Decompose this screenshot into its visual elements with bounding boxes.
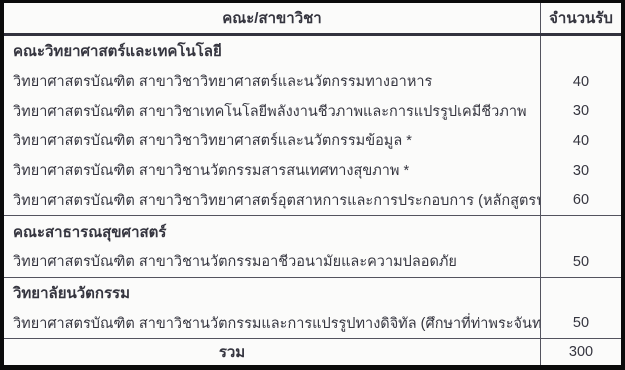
column-header-program: คณะ/สาขาวิชา bbox=[4, 3, 540, 33]
program-row: วิทยาศาสตรบัณฑิต สาขาวิชาวิทยาศาสตร์และน… bbox=[4, 67, 621, 97]
seats-cell: 40 bbox=[540, 126, 621, 156]
program-name-cell: วิทยาศาสตรบัณฑิต สาขาวิชาวิทยาศาสตร์และน… bbox=[4, 126, 540, 156]
seats-cell: 50 bbox=[540, 247, 621, 277]
total-row: รวม300 bbox=[4, 339, 621, 365]
seats-cell bbox=[540, 216, 621, 247]
seats-cell: 40 bbox=[540, 67, 621, 97]
seats-cell: 30 bbox=[540, 96, 621, 126]
program-name-cell: วิทยาศาสตรบัณฑิต สาขาวิชานวัตกรรมอาชีวอน… bbox=[4, 247, 540, 277]
program-row: วิทยาศาสตรบัณฑิต สาขาวิชาวิทยาศาสตร์อุตส… bbox=[4, 186, 621, 217]
program-name-cell: คณะวิทยาศาสตร์และเทคโนโลยี bbox=[4, 36, 540, 67]
seats-cell: 30 bbox=[540, 156, 621, 186]
table-body: คณะวิทยาศาสตร์และเทคโนโลยีวิทยาศาสตรบัณฑ… bbox=[4, 36, 621, 365]
program-name-cell: วิทยาศาสตรบัณฑิต สาขาวิชานวัตกรรมและการแ… bbox=[4, 308, 540, 338]
program-name-cell: วิทยาศาสตรบัณฑิต สาขาวิชาเทคโนโลยีพลังงา… bbox=[4, 96, 540, 126]
column-header-seats: จำนวนรับ bbox=[540, 3, 621, 33]
program-name-cell: คณะสาธารณสุขศาสตร์ bbox=[4, 216, 540, 247]
program-name-cell: วิทยาศาสตรบัณฑิต สาขาวิชาวิทยาศาสตร์และน… bbox=[4, 67, 540, 97]
section-row: คณะวิทยาศาสตร์และเทคโนโลยี bbox=[4, 36, 621, 67]
section-row: คณะสาธารณสุขศาสตร์ bbox=[4, 216, 621, 247]
program-row: วิทยาศาสตรบัณฑิต สาขาวิชานวัตกรรมสารสนเท… bbox=[4, 156, 621, 186]
program-name-cell: วิทยาศาสตรบัณฑิต สาขาวิชาวิทยาศาสตร์อุตส… bbox=[4, 186, 540, 216]
program-name-cell: วิทยาลัยนวัตกรรม bbox=[4, 278, 540, 309]
program-row: วิทยาศาสตรบัณฑิต สาขาวิชานวัตกรรมและการแ… bbox=[4, 308, 621, 339]
program-name-cell: รวม bbox=[4, 339, 540, 365]
seats-cell: 60 bbox=[540, 186, 621, 216]
program-name-cell: วิทยาศาสตรบัณฑิต สาขาวิชานวัตกรรมสารสนเท… bbox=[4, 156, 540, 186]
table-header-row: คณะ/สาขาวิชา จำนวนรับ bbox=[4, 3, 621, 36]
section-row: วิทยาลัยนวัตกรรม bbox=[4, 278, 621, 309]
seats-cell bbox=[540, 278, 621, 309]
seats-cell: 300 bbox=[540, 339, 621, 365]
admissions-table: คณะ/สาขาวิชา จำนวนรับ คณะวิทยาศาสตร์และเ… bbox=[4, 3, 621, 365]
seats-cell: 50 bbox=[540, 308, 621, 338]
scanned-page: คณะ/สาขาวิชา จำนวนรับ คณะวิทยาศาสตร์และเ… bbox=[4, 3, 621, 365]
program-row: วิทยาศาสตรบัณฑิต สาขาวิชาเทคโนโลยีพลังงา… bbox=[4, 96, 621, 126]
program-row: วิทยาศาสตรบัณฑิต สาขาวิชาวิทยาศาสตร์และน… bbox=[4, 126, 621, 156]
seats-cell bbox=[540, 36, 621, 67]
program-row: วิทยาศาสตรบัณฑิต สาขาวิชานวัตกรรมอาชีวอน… bbox=[4, 247, 621, 278]
